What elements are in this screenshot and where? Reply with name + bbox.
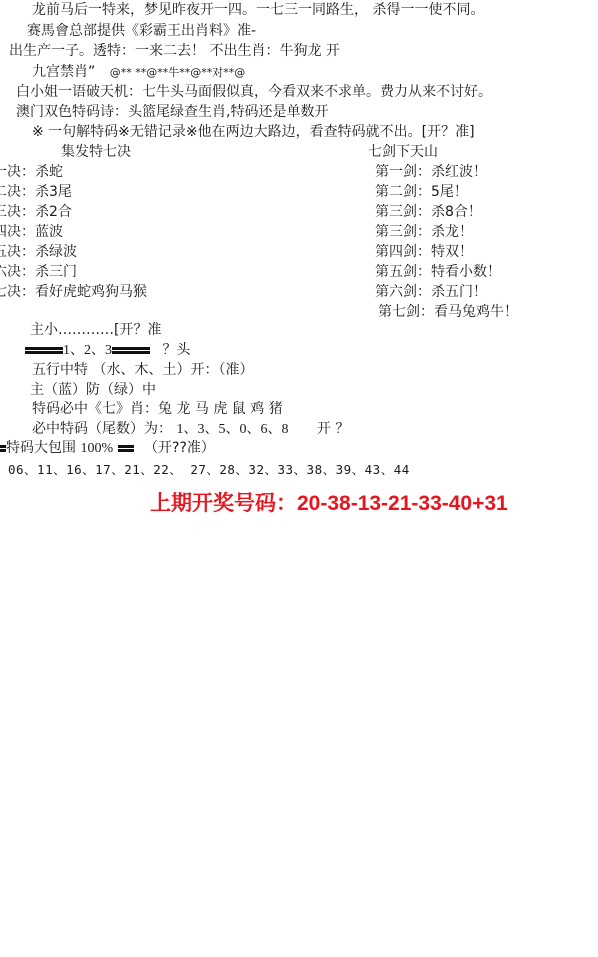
forbidden-zodiac-line: 九宫禁肖” @** **@**牛**@**对**@	[32, 63, 245, 82]
one-line-hint: ※ 一句解特码※无错记录※他在两边大路边，看查特码就不出。[开？准]	[32, 123, 475, 141]
seven-swords-item: 第三剑：杀龙！	[368, 222, 518, 242]
white-lady-line: 白小姐一语破天机：七牛头马面假似真，今看双来不求单。费力从来不讨好。	[16, 83, 492, 101]
triple-bar-icon	[25, 346, 63, 355]
macau-poem-line: 澳门双色特码诗：头篮尾绿查生肖,特码还是单数开	[16, 103, 328, 121]
seven-swords-item: 第四剑：特双！	[368, 242, 518, 262]
tail-numbers-line: 必中特码（尾数）为： 1、3、5、0、6、8 开 ？	[32, 420, 349, 439]
symbol-pattern: @** **@**牛**@**对**@	[110, 66, 246, 79]
big-cover-line: 特码大包围 100% （开??准）	[0, 439, 215, 458]
last-draw-result: 上期开奖号码：20-38-13-21-33-40+31	[150, 490, 508, 518]
poem-line-1: 龙前马后一特来，梦见昨夜开一四。一七三一同路生， 杀得一一使不同。	[32, 1, 484, 19]
seven-tips-item: 三决：杀2合	[0, 202, 147, 222]
seven-tips-title: 集发特七决	[0, 142, 147, 162]
seven-swords-title: 七剑下天山	[368, 142, 518, 162]
main-small-line: 主小…………[开？准	[30, 321, 161, 339]
five-elements-line: 五行中特 （水、木、土）开：（准）	[32, 361, 253, 379]
seven-swords-column: 七剑下天山 第一剑：杀红波！ 第二剑：5尾！ 第三剑：杀8合！ 第三剑：杀龙！ …	[368, 142, 518, 322]
seven-swords-item: 第六剑：杀五门！	[368, 282, 518, 302]
main-guard-line: 主（蓝）防（绿）中	[30, 381, 156, 399]
seven-tips-column: 集发特七决 一决：杀蛇 二决：杀3尾 三决：杀2合 四决：蓝波 五决：杀绿波 六…	[0, 142, 147, 302]
seven-tips-item: 七决：看好虎蛇鸡狗马猴	[0, 282, 147, 302]
seven-tips-item: 一决：杀蛇	[0, 162, 147, 182]
forbidden-zodiac-label: 九宫禁肖”	[32, 64, 95, 80]
seven-swords-item: 第二剑：5尾！	[368, 182, 518, 202]
seven-swords-item: 第一剑：杀红波！	[368, 162, 518, 182]
birth-clue-line: 出生产一子。透特：一来二去！ 不出生肖：牛狗龙 开	[9, 42, 340, 60]
seven-zodiac-line: 特码必中《七》肖：兔 龙 马 虎 鼠 鸡 猪	[32, 400, 283, 418]
seven-swords-item: 第五剑：特看小数！	[368, 262, 518, 282]
double-bar-icon	[118, 444, 134, 453]
number-list: 06、11、16、17、21、22、 27、28、32、33、38、39、43、…	[8, 461, 410, 479]
seven-swords-item: 第七剑：看马兔鸡牛！	[368, 302, 518, 322]
triple-bar-icon	[112, 346, 150, 355]
seven-tips-item: 六决：杀三门	[0, 262, 147, 282]
head-numbers-line: 1、2、3 ？头	[25, 341, 190, 360]
seven-tips-item: 四决：蓝波	[0, 222, 147, 242]
last-draw-label: 上期开奖号码：	[150, 492, 297, 515]
seven-tips-item: 五决：杀绿波	[0, 242, 147, 262]
last-draw-numbers: 20-38-13-21-33-40+31	[297, 492, 508, 515]
source-line: 赛馬會总部提供《彩霸王出肖料》准-	[27, 22, 256, 40]
seven-swords-item: 第三剑：杀8合！	[368, 202, 518, 222]
seven-tips-item: 二决：杀3尾	[0, 182, 147, 202]
